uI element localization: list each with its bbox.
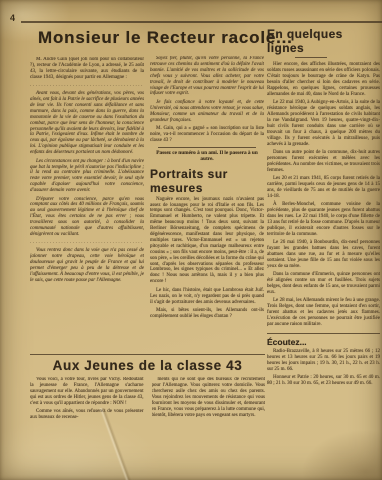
notice-rule bbox=[158, 147, 256, 148]
paragraph: Les 20 et 21 mars 1941, 85 corps furent … bbox=[267, 176, 380, 200]
paragraph: Le 22 mai 1940, à Aubigny-en-Artois, à l… bbox=[267, 100, 380, 147]
column-right: En quelques lignes Hier encore, des affi… bbox=[267, 27, 380, 453]
aux-jeunes-column-right: ments qui ne sont que des bureaux de rec… bbox=[152, 377, 266, 423]
section-title-ecoutez: Écoutez... bbox=[267, 337, 380, 347]
aux-jeunes-rule bbox=[30, 354, 265, 355]
dots-separator: ........................................… bbox=[30, 83, 144, 89]
paragraph: Dans un autre point de la commune, dix-h… bbox=[267, 150, 380, 174]
paragraph: Avant vous, devant des générations, vos … bbox=[30, 91, 144, 156]
aux-jeunes-columns: Vous voici, à votre tour, livrés par Vic… bbox=[30, 377, 265, 423]
paragraph: À Berles-Monchel, commune voisine de la … bbox=[267, 202, 380, 237]
dots-separator: ........................................… bbox=[30, 240, 144, 246]
paragraph: Honneur et Patrie : 20 heures, sur 30 m.… bbox=[267, 375, 380, 387]
section-title-en-quelques-lignes: En quelques lignes bbox=[267, 27, 380, 55]
paragraph: ments qui ne sont que des bureaux de rec… bbox=[152, 377, 266, 418]
paragraph: Les circonstances ont pu changer : à bor… bbox=[30, 159, 144, 194]
paragraph: Le 28 mai, les Allemands mirent le feu à… bbox=[267, 298, 380, 328]
paragraph: Mais, si bêtes soient-ils, les Allemands… bbox=[150, 308, 264, 320]
paragraph: Vous rentrez donc dans la voie que n'a p… bbox=[30, 248, 144, 283]
paragraph: Hier encore, des affiches illustrées, mo… bbox=[267, 62, 380, 97]
section-title-portraits: Portraits sur mesures bbox=[150, 167, 264, 195]
paragraph: Le 26 mai 1940, à Bonbourdin, dix-neuf p… bbox=[267, 240, 380, 270]
pass-on-notice: Passez ce numéro à un ami. Il le passera… bbox=[150, 150, 264, 162]
title-underline bbox=[295, 57, 327, 58]
newspaper-page: 4 Monsieur le Recteur racole... M. André… bbox=[0, 0, 382, 480]
paragraph: D'épurer votre conscience, parce qu'en v… bbox=[30, 197, 144, 238]
paragraph: Le hic, dans l'histoire, était que Lombr… bbox=[150, 288, 264, 306]
main-headline: Monsieur le Recteur racole... bbox=[38, 28, 293, 48]
article-column-left: M. André Gain (quel joli nom pour un col… bbox=[30, 57, 144, 355]
paragraph: Je fais confiance à votre loyauté et, de… bbox=[150, 100, 264, 124]
paragraph: Soyez fier, plutôt, qu'en votre personne… bbox=[150, 56, 264, 97]
paragraph: Vous voici, à votre tour, livrés par Vic… bbox=[30, 377, 144, 407]
paragraph: M. André Gain (quel joli nom pour un col… bbox=[30, 57, 144, 81]
paragraph: Dans la commune d'Emmerin, quinze person… bbox=[267, 272, 380, 296]
paragraph: Naguère encore, les journaux nazis n'ava… bbox=[150, 197, 264, 286]
page-number: 4 bbox=[10, 13, 15, 23]
section-title-aux-jeunes: Aux Jeunes de la classe 43 bbox=[30, 358, 265, 373]
paragraph: M. Gain, qui a « gagné » son inscription… bbox=[150, 126, 264, 144]
aux-jeunes-column-left: Vous voici, à votre tour, livrés par Vic… bbox=[30, 377, 144, 423]
aux-jeunes-section: Aux Jeunes de la classe 43 Vous voici, à… bbox=[30, 354, 265, 458]
article-column-middle: Soyez fier, plutôt, qu'en votre personne… bbox=[150, 56, 264, 390]
top-rule bbox=[21, 21, 382, 23]
ecoutez-rule bbox=[267, 333, 380, 334]
paragraph: Radio-Brazzaville, à 8 heures sur 25 mèt… bbox=[267, 349, 380, 373]
paragraph: Comme vos aînés, vous refuserez de vous … bbox=[30, 409, 144, 421]
